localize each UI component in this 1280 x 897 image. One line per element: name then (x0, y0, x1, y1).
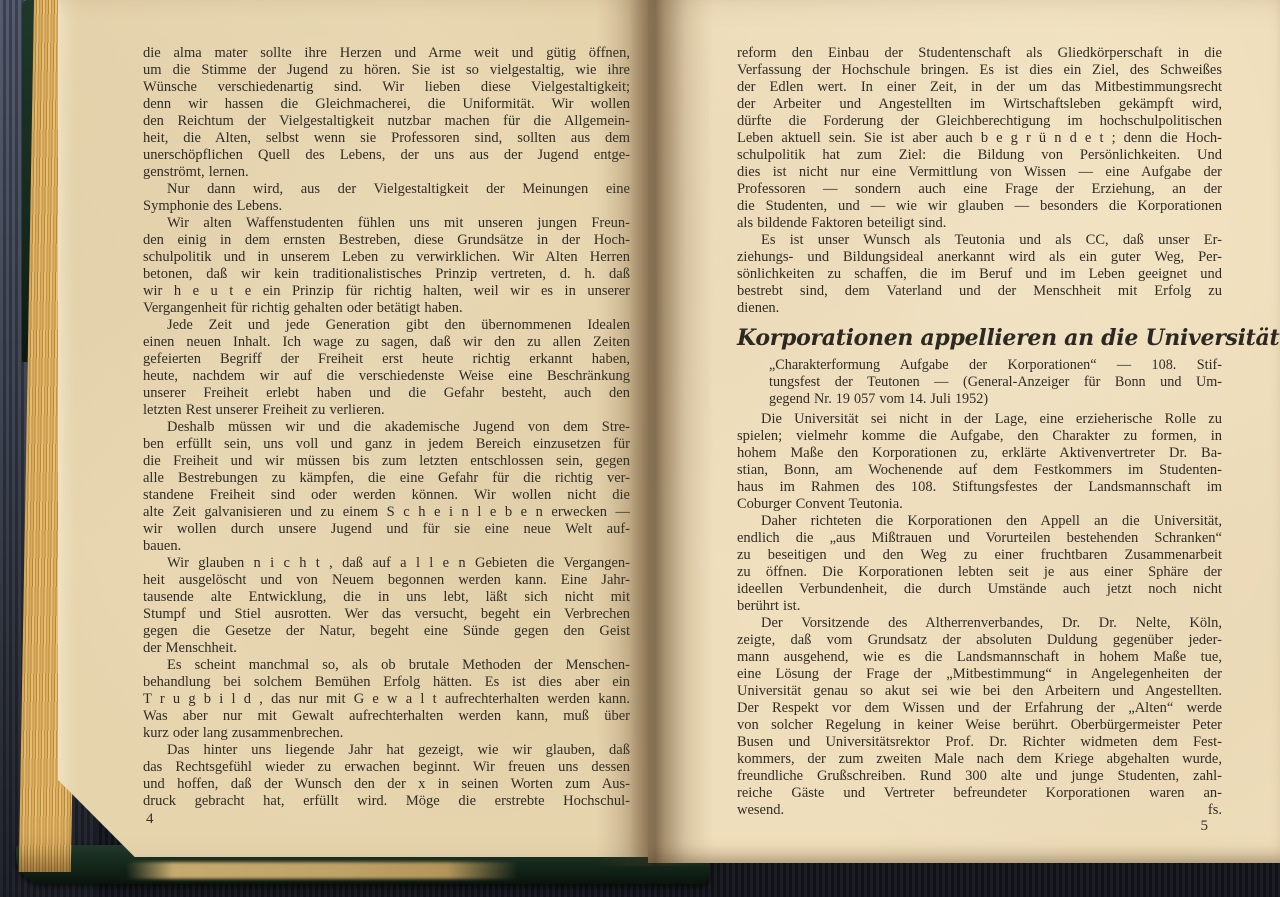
text-line: reform den Einbau der Studentenschaft al… (737, 45, 1222, 62)
body-paragraph: reform den Einbau der Studentenschaft al… (737, 45, 1222, 232)
text-line: gefeierten Begriff der Freiheit erst heu… (143, 351, 630, 368)
text-line: alte Zeit galvanisieren und zu einem S c… (143, 504, 630, 521)
text-line: mann ausgehend, wie es die Landsmannscha… (737, 649, 1222, 666)
text-line: Vergangenheit für richtig gehalten oder … (143, 300, 630, 317)
left-page-text: die alma mater sollte ihre Herzen und Ar… (143, 45, 630, 810)
body-paragraph: Deshalb müssen wir und die akademische J… (143, 419, 630, 555)
text-line: den einig in dem ernsten Bestreben, dies… (143, 232, 630, 249)
text-line: betonen, daß wir kein traditionalistisch… (143, 266, 630, 283)
text-line: Leben aktuell sein. Sie ist aber auch b … (737, 130, 1222, 147)
text-line: spielen; vielmehr komme die Aufgabe, den… (737, 428, 1222, 445)
text-line: Nur dann wird, aus der Vielgestaltigkeit… (143, 181, 630, 198)
text-line: dürfte die Forderung der Gleichberechtig… (737, 113, 1222, 130)
text-line: alle Bestrebungen zu kämpfen, die eine G… (143, 470, 630, 487)
text-line: Verfassung der Hochschule bringen. Es is… (737, 62, 1222, 79)
text-line: dienen. (737, 300, 1222, 317)
text-line: einen neuen Inhalt. Ich wage zu sagen, d… (143, 334, 630, 351)
text-line: sönlichkeiten zu schaffen, die im Beruf … (737, 266, 1222, 283)
text-line: ben erfüllt sein, uns voll und ganz in j… (143, 436, 630, 453)
text-line: Der Vorsitzende des Altherrenverbandes, … (737, 615, 1222, 632)
body-paragraph: Der Vorsitzende des Altherrenverbandes, … (737, 615, 1222, 819)
text-line: tausende alte Entwicklung, die in uns le… (143, 589, 630, 606)
text-line: Daher richteten die Korporationen den Ap… (737, 513, 1222, 530)
text-line: Busen und Universitätsrektor Prof. Dr. R… (737, 734, 1222, 751)
body-paragraph: Wir alten Waffenstudenten fühlen uns mit… (143, 215, 630, 317)
text-line: Coburger Convent Teutonia. (737, 496, 1222, 513)
body-paragraph: Es ist unser Wunsch als Teutonia und als… (737, 232, 1222, 317)
text-line: Was aber nur mit Gewalt aufrechterhalten… (143, 708, 630, 725)
body-paragraph: Das hinter uns liegende Jahr hat gezeigt… (143, 742, 630, 810)
text-line: das Rechtsgefühl wieder zu erwachen begi… (143, 759, 630, 776)
text-line: letzten Rest unserer Freiheit zu verlier… (143, 402, 630, 419)
text-line: als bildende Faktoren beteiligt sind. (737, 215, 1222, 232)
text-line: heit ausgelöscht und von Neuem begonnen … (143, 572, 630, 589)
text-line: von solcher Regelung in keiner Weise ber… (737, 717, 1222, 734)
text-line: Deshalb müssen wir und die akademische J… (143, 419, 630, 436)
text-line: heit, die Alten, selbst wenn sie Profess… (143, 130, 630, 147)
text-line: die alma mater sollte ihre Herzen und Ar… (143, 45, 630, 62)
section-heading: Korporationen appellieren an die Univers… (737, 325, 1222, 351)
text-line: unerschöpflichen Quell des Lebens, der u… (143, 147, 630, 164)
text-line: hohem Maße den Korporationen zu, erklärt… (737, 445, 1222, 462)
text-line: reiche Gäste und Vertreter befreundeter … (737, 785, 1222, 802)
text-line: die Freiheit und wir müssen bis zum letz… (143, 453, 630, 470)
text-line: „Charakterformung Aufgabe der Korporatio… (769, 357, 1222, 374)
text-line: eine Lösung der Frage der „Mitbestimmung… (737, 666, 1222, 683)
text-line: stian, Bonn, am Wochenende auf dem Festk… (737, 462, 1222, 479)
text-line: schulpolitik und in unserem Leben zu ver… (143, 249, 630, 266)
body-paragraph: Nur dann wird, aus der Vielgestaltigkeit… (143, 181, 630, 215)
text-line: und hoffen, daß der Wunsch den der x in … (143, 776, 630, 793)
text-line: die Studenten, und — wie wir glauben — b… (737, 198, 1222, 215)
text-line: haus im Rahmen des 108. Stiftungsfestes … (737, 479, 1222, 496)
page-number-left: 4 (146, 811, 154, 828)
text-line: der Arbeiter und Angestellten im Wirtsch… (737, 96, 1222, 113)
right-page: reform den Einbau der Studentenschaft al… (648, 0, 1280, 863)
body-paragraph: Es scheint manchmal so, als ob brutale M… (143, 657, 630, 742)
text-line: freundliche Grußschreiben. Rund 300 alte… (737, 768, 1222, 785)
text-line: druck gebracht hat, erfüllt wird. Möge d… (143, 793, 630, 810)
text-line: gegend Nr. 19 057 vom 14. Juli 1952) (769, 391, 1222, 408)
text-line: Wünsche verschiedenartig sind. Wir liebe… (143, 79, 630, 96)
text-line: wir h e u t e ein Prinzip für richtig ha… (143, 283, 630, 300)
text-line: Wir alten Waffenstudenten fühlen uns mit… (143, 215, 630, 232)
text-line: gegen die Gesetze der Natur, begeht eine… (143, 623, 630, 640)
text-line: Universität genau so akut sei wie bei de… (737, 683, 1222, 700)
text-line: zu öffnen. Die Korporationen lebten seit… (737, 564, 1222, 581)
text-line: schulpolitik hat zum Ziel: die Bildung v… (737, 147, 1222, 164)
text-line: tungsfest der Teutonen — (General-Anzeig… (769, 374, 1222, 391)
left-page: die alma mater sollte ihre Herzen und Ar… (58, 0, 648, 857)
text-line: ideellen Verbundenheit, die durch Umstän… (737, 581, 1222, 598)
text-line: zu beseitigen und den Weg zu einer fruch… (737, 547, 1222, 564)
text-line-end: wesend. (737, 802, 784, 819)
text-line: genströmt, lernen. (143, 164, 630, 181)
right-page-text: reform den Einbau der Studentenschaft al… (737, 45, 1222, 819)
citation-paragraph: „Charakterformung Aufgabe der Korporatio… (737, 357, 1222, 408)
text-line: ziehungs- und Bildungsideal anerkannt wi… (737, 249, 1222, 266)
page-number-right: 5 (1201, 818, 1209, 835)
text-line: bestrebt sind, dem Vaterland und der Men… (737, 283, 1222, 300)
text-line: dies ist nicht nur eine Vermittlung von … (737, 164, 1222, 181)
text-line: denn wir hassen die Gleichmacherei, die … (143, 96, 630, 113)
text-line: Der Respekt vor dem Wissen und der Erfah… (737, 700, 1222, 717)
text-line: Es ist unser Wunsch als Teutonia und als… (737, 232, 1222, 249)
text-line: kurz oder lang zusammenbrechen. (143, 725, 630, 742)
text-line: kommers, der zum zweiten Male nach dem K… (737, 751, 1222, 768)
body-paragraph: Die Universität sei nicht in der Lage, e… (737, 411, 1222, 513)
text-line: Jede Zeit und jede Generation gibt den ü… (143, 317, 630, 334)
page-edges-bottom (126, 862, 518, 879)
text-line: bauen. (143, 538, 630, 555)
text-line: Das hinter uns liegende Jahr hat gezeigt… (143, 742, 630, 759)
text-line: Es scheint manchmal so, als ob brutale M… (143, 657, 630, 674)
text-line: zeigte, daß vom Grundsatz der absoluten … (737, 632, 1222, 649)
body-paragraph: Daher richteten die Korporationen den Ap… (737, 513, 1222, 615)
body-paragraph: Jede Zeit und jede Generation gibt den ü… (143, 317, 630, 419)
text-line: endlich die „aus Mißtrauen und Vorurteil… (737, 530, 1222, 547)
author-initials: fs. (1208, 802, 1222, 819)
text-line: Wir glauben n i c h t , daß auf a l l e … (143, 555, 630, 572)
book-scan: die alma mater sollte ihre Herzen und Ar… (0, 0, 1280, 897)
text-line: um die Stimme der Jugend zu hören. Sie i… (143, 62, 630, 79)
text-line: heute, nachdem wir auf die verschiedenst… (143, 368, 630, 385)
text-line: unserer Freiheit erlebt haben und die Ge… (143, 385, 630, 402)
text-line: wesend.fs. (737, 802, 1222, 819)
text-line: behandlung bei solchem Bemühen Erfolg hä… (143, 674, 630, 691)
text-line: berührt ist. (737, 598, 1222, 615)
text-line: Die Universität sei nicht in der Lage, e… (737, 411, 1222, 428)
body-paragraph: Wir glauben n i c h t , daß auf a l l e … (143, 555, 630, 657)
text-line: der Edlen wert. In einer Zeit, in der um… (737, 79, 1222, 96)
text-line: T r u g b i l d , das nur mit G e w a l … (143, 691, 630, 708)
body-paragraph: die alma mater sollte ihre Herzen und Ar… (143, 45, 630, 181)
text-line: Stumpf und Stiel ausrotten. Wer das vers… (143, 606, 630, 623)
text-line: den Reichtum der Vielgestaltigkeit nutzb… (143, 113, 630, 130)
text-line: wir wollen durch unsere Jugend und für s… (143, 521, 630, 538)
text-line: standene Freiheit sind oder werden könne… (143, 487, 630, 504)
text-line: der Menschheit. (143, 640, 630, 657)
text-line: Professoren — sondern auch eine Frage de… (737, 181, 1222, 198)
text-line: Symphonie des Lebens. (143, 198, 630, 215)
